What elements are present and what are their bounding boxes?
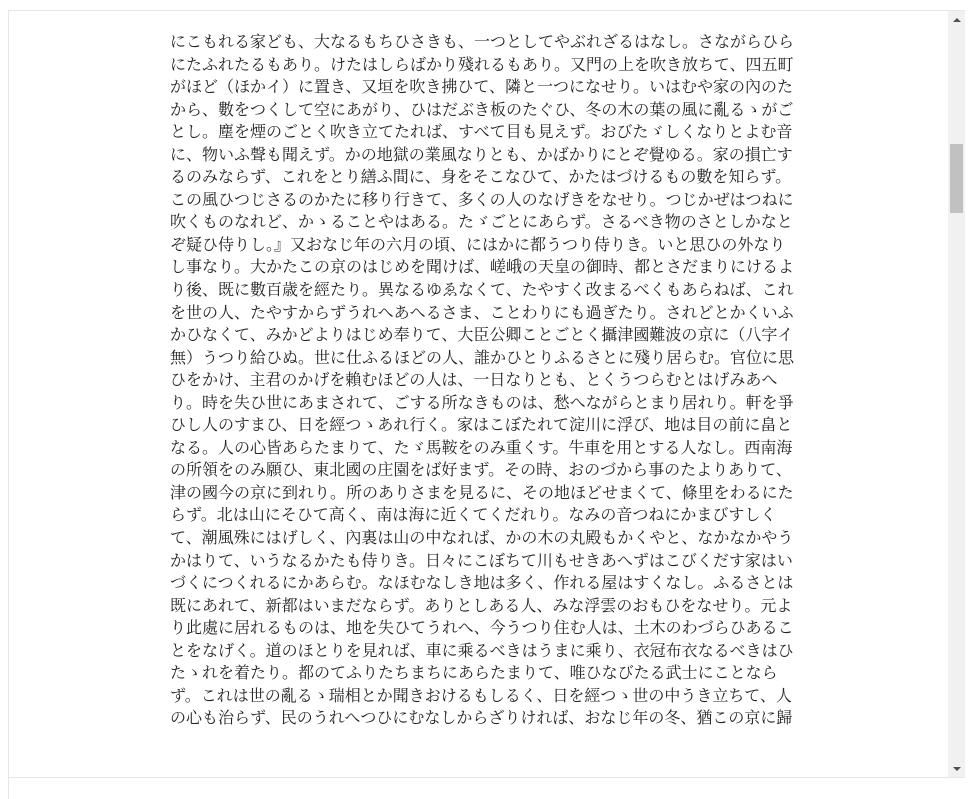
text-line: たゝれを着たり。都のてふりたちまちにあらたまりて、唯ひなびたる武士にことなら xyxy=(170,662,800,685)
text-line: かひなくて、みかどよりはじめ奉りて、大臣公卿ことごとく攝津國難波の京に（八字イ xyxy=(170,324,800,347)
text-line: にこもれる家ども、大なるもちひさきも、一つとしてやぶれざるはなし。さながらひら xyxy=(170,31,800,54)
text-line: を世の人、たやすからずうれへあへるさま、ことわりにも過ぎたり。されどとかくいふ xyxy=(170,302,800,325)
text-line: 津の國今の京に到れり。所のありさまを見るに、その地ほどせまくて、條里をわるにた xyxy=(170,482,800,505)
text-line: ひし人のすまひ、日を經つゝあれ行く。家はこぼたれて淀川に浮び、地は目の前に畠と xyxy=(170,414,800,437)
vertical-scrollbar[interactable] xyxy=(948,11,965,777)
text-line: に、物いふ聲も聞えず。かの地獄の業風なりとも、かばかりにとぞ覺ゆる。家の損亡す xyxy=(170,144,800,167)
text-line: がほど（ほかイ）に置き、又垣を吹き拂ひて、隣と一つになせり。いはむや家の內のた xyxy=(170,76,800,99)
scroll-down-button[interactable] xyxy=(948,760,965,777)
text-line: て、潮風殊にはげしく、內裏は山の中なれば、かの木の丸殿もかくやと、なかなかやう xyxy=(170,527,800,550)
triangle-up-icon xyxy=(953,18,961,22)
scroll-up-button[interactable] xyxy=(948,11,965,28)
text-line: らず。北は山にそひて高く、南は海に近くてくだれり。なみの音つねにかまびすしく xyxy=(170,504,800,527)
scrollbar-thumb[interactable] xyxy=(950,144,963,213)
text-line: なる。人の心皆あらたまりて、たゞ馬鞍をのみ重くす。牛車を用とする人なし。西南海 xyxy=(170,437,800,460)
document-frame: にこもれる家ども、大なるもちひさきも、一つとしてやぶれざるはなし。さながらひら … xyxy=(8,10,965,799)
text-line: るのみならず、これをとり繕ふ間に、身をそこなひて、かたはづけるもの數を知らず。 xyxy=(170,166,800,189)
bottom-panel xyxy=(9,777,965,799)
text-line: ぞ疑ひ侍りし。』又おなじ年の六月の頃、にはかに都うつり侍りき。いと思ひの外なり xyxy=(170,234,800,257)
document-text: にこもれる家ども、大なるもちひさきも、一つとしてやぶれざるはなし。さながらひら … xyxy=(170,31,800,730)
text-line: り。時を失ひ世にあまされて、ごする所なきものは、愁へながらとまり居れり。軒を爭 xyxy=(170,392,800,415)
text-line: り此處に居れるものは、地を失ひてうれへ、今うつり住む人は、土木のわづらひあるこ xyxy=(170,617,800,640)
text-line: し事なり。大かたこの京のはじめを聞けば、嵯峨の天皇の御時、都とさだまりにけるよ xyxy=(170,256,800,279)
text-line: 吹くものなれど、かゝることやはある。たゞごとにあらず。さるべき物のさとしかなと xyxy=(170,211,800,234)
text-line: り後、既に數百歳を經たり。異なるゆゑなくて、たやすく改まるべくもあらねば、これ xyxy=(170,279,800,302)
document-viewport[interactable]: にこもれる家ども、大なるもちひさきも、一つとしてやぶれざるはなし。さながらひら … xyxy=(9,11,948,777)
text-line: 無）うつり給ひぬ。世に仕ふるほどの人、誰かひとりふるさとに殘り居らむ。官位に思 xyxy=(170,347,800,370)
text-line: この風ひつじさるのかたに移り行きて、多くの人のなげきをなせり。つじかぜはつねに xyxy=(170,189,800,212)
text-line: ひをかけ、主君のかげを賴むほどの人は、一日なりとも、とくうつらむとはげみあへ xyxy=(170,369,800,392)
text-line: とをなげく。道のほとりを見れば、車に乘るべきはうまに乘り、衣冠布衣なるべきはひ xyxy=(170,640,800,663)
text-line: の心も治らず、民のうれへつひにむなしからざりければ、おなじ年の冬、猶この京に歸 xyxy=(170,707,800,730)
text-line: から、數をつくして空にあがり、ひはだぶき板のたぐひ、冬の木の葉の風に亂るゝがご xyxy=(170,99,800,122)
text-line: づくにつくれるにかあらむ。なほむなしき地は多く、作れる屋はすくなし。ふるさとは xyxy=(170,572,800,595)
text-line: とし。塵を煙のごとく吹き立てたれば、すべて目も見えず。おびたゞしくなりとよむ音 xyxy=(170,121,800,144)
text-line: ず。これは世の亂るゝ瑞相とか聞きおけるもしるく、日を經つゝ世の中うき立ちて、人 xyxy=(170,685,800,708)
text-line: 既にあれて、新都はいまだならず。ありとしある人、みな浮雲のおもひをなせり。元よ xyxy=(170,595,800,618)
text-line: の所領をのみ願ひ、東北國の庄園をば好まず。その時、おのづから事のたよりありて、 xyxy=(170,459,800,482)
text-line: にたふれたるもあり。けたはしらばかり殘れるもあり。又門の上を吹き放ちて、四五町 xyxy=(170,54,800,77)
text-line: かはりて、いうなるかたも侍りき。日々にこぼちて川もせきあへずはこびくだす家はい xyxy=(170,550,800,573)
triangle-down-icon xyxy=(953,767,961,771)
